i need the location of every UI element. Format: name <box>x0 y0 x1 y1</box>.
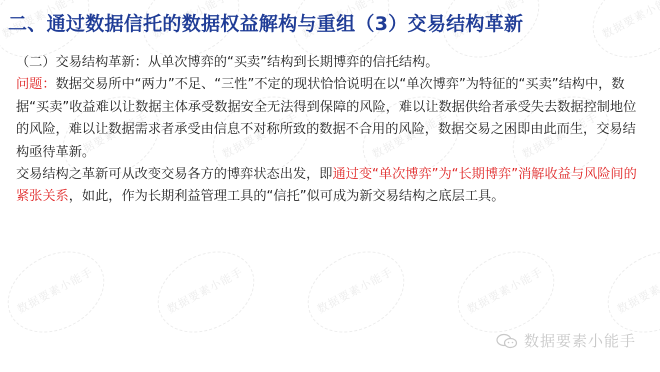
watermark-stamp: 数据要素小能手 <box>294 235 419 348</box>
slide-body: （二）交易结构革新：从单次博弈的“买卖”结构到长期博弈的信托结构。 问题：数据交… <box>16 52 648 209</box>
source-credit: 数据要素小能手 <box>496 330 636 351</box>
wechat-icon <box>496 333 518 349</box>
problem-label: 问题： <box>16 77 56 92</box>
solution-prefix: 交易结构之革新可从改变交易各方的博弈状态出发，即 <box>16 167 333 182</box>
watermark-stamp: 数据要素小能手 <box>144 235 269 348</box>
watermark-stamp: 数据要素小能手 <box>0 235 118 348</box>
solution-suffix: ，如此，作为长期利益管理工具的“信托”似可成为新交易结构之底层工具。 <box>69 189 505 204</box>
problem-text: 数据交易所中“两力”不足、“三性”不定的现状恰恰说明在以“单次博弈”为特征的“买… <box>16 77 636 159</box>
account-name: 数据要素小能手 <box>524 330 636 351</box>
slide-title: 二、通过数据信托的数据权益解构与重组（3）交易结构革新 <box>8 9 523 36</box>
solution-paragraph: 交易结构之革新可从改变交易各方的博弈状态出发，即通过变“单次博弈”为“长期博弈”… <box>16 164 648 209</box>
section-subtitle: （二）交易结构革新：从单次博弈的“买卖”结构到长期博弈的信托结构。 <box>16 52 648 74</box>
problem-paragraph: 问题：数据交易所中“两力”不足、“三性”不定的现状恰恰说明在以“单次博弈”为特征… <box>16 74 648 164</box>
